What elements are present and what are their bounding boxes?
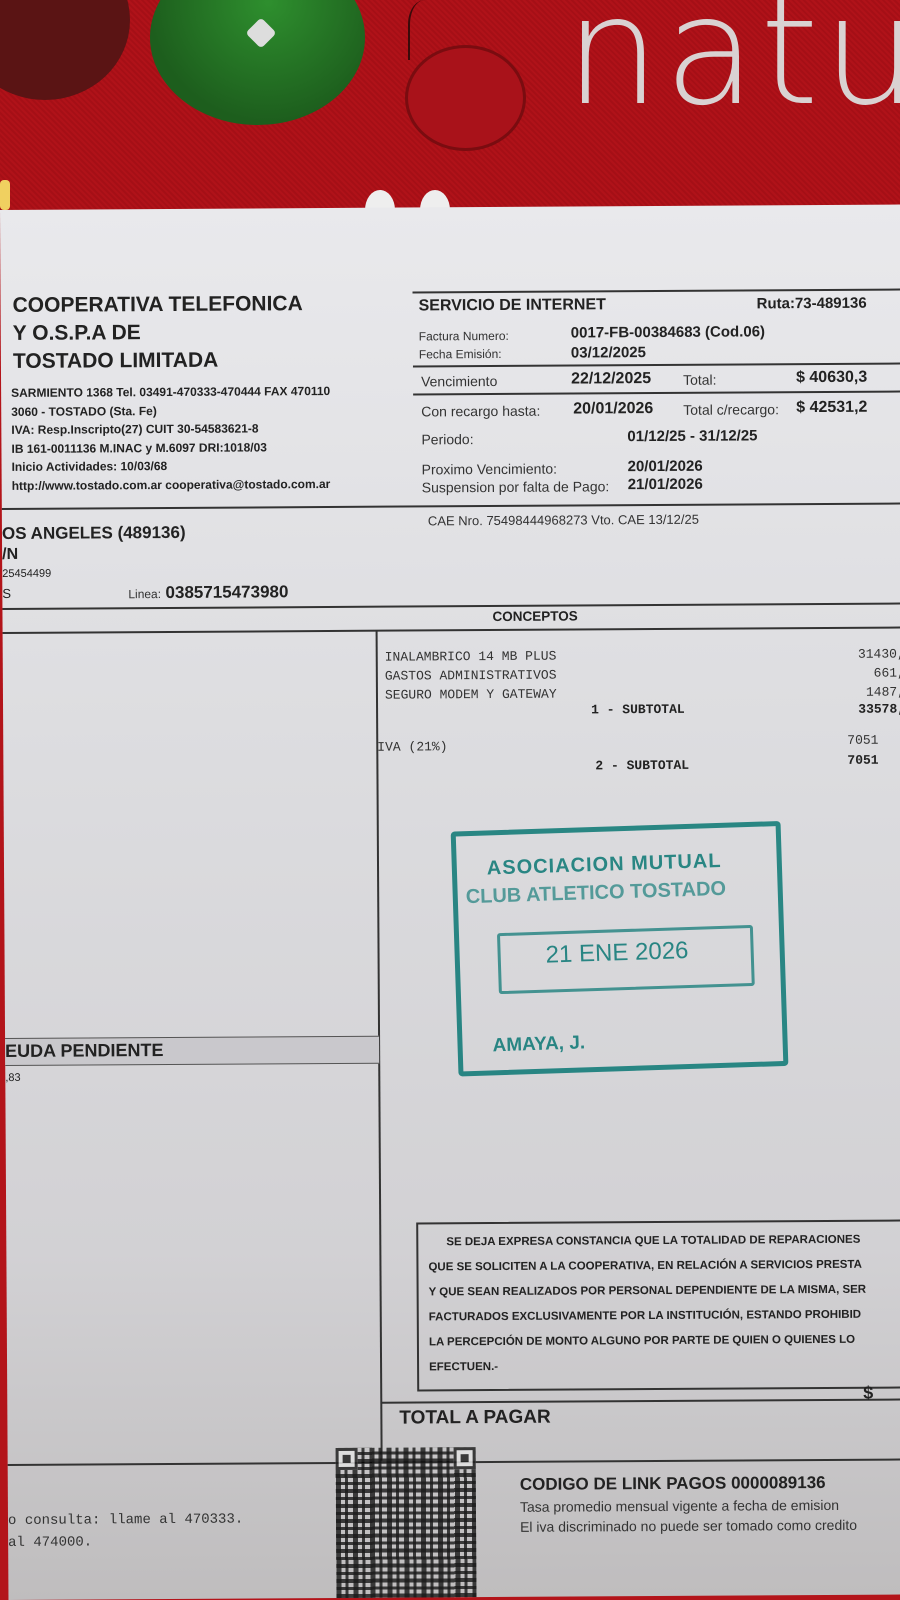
concepts-list: INALAMBRICO 14 MB PLUS GASTOS ADMINISTRA… xyxy=(385,647,557,705)
next-due-label: Proximo Vencimiento: xyxy=(422,461,558,478)
divider xyxy=(2,602,900,610)
suspension-date: 21/01/2026 xyxy=(628,476,703,493)
invoice-number: 0017-FB-00384683 (Cod.06) xyxy=(571,323,765,341)
subtotal1-label: 1 - SUBTOTAL xyxy=(591,702,685,718)
next-due-date: 20/01/2026 xyxy=(628,458,703,475)
invoice-number-label: Factura Numero: xyxy=(419,329,509,344)
phone-label: Linea: xyxy=(128,587,161,601)
due-date-label: Vencimiento xyxy=(421,373,497,389)
debt-header: EUDA PENDIENTE xyxy=(5,1040,163,1062)
concepts-header: CONCEPTOS xyxy=(492,608,577,624)
qr-finder xyxy=(336,1448,358,1470)
repairs-notice: SE DEJA EXPRESA CONSTANCIA QUE LA TOTALI… xyxy=(416,1219,900,1391)
subtotal2-label: 2 - SUBTOTAL xyxy=(595,758,689,774)
notice-line: LA PERCEPCIÓN DE MONTO ALGUNO POR PARTE … xyxy=(419,1327,900,1355)
phone-number: 0385715473980 xyxy=(165,582,288,602)
due-date: 22/12/2025 xyxy=(571,370,651,388)
divider xyxy=(381,1398,900,1403)
company-start-date: Inicio Actividades: 10/03/68 xyxy=(12,456,331,476)
company-name-line: COOPERATIVA TELEFONICA xyxy=(13,290,303,320)
subtotal2-amount: 7051 xyxy=(847,753,878,768)
notice-line: SE DEJA EXPRESA CONSTANCIA QUE LA TOTALI… xyxy=(418,1221,900,1255)
company-name: COOPERATIVA TELEFONICA Y O.S.P.A DE TOST… xyxy=(13,290,304,376)
customer-phone: Linea: 0385715473980 xyxy=(128,582,288,603)
rate-note: Tasa promedio mensual vigente a fecha de… xyxy=(520,1497,839,1515)
concept-amount: 1487, xyxy=(833,682,900,701)
concept-amount: 661, xyxy=(833,663,900,682)
total-surcharge-label: Total c/recargo: xyxy=(683,401,779,418)
service-title: SERVICIO DE INTERNET xyxy=(419,296,606,315)
concept-item: INALAMBRICO 14 MB PLUS xyxy=(385,647,557,667)
total-amount: $ 40630,3 xyxy=(796,369,867,387)
company-city: 3060 - TOSTADO (Sta. Fe) xyxy=(11,400,330,420)
stamp-line1: ASOCIACION MUTUAL xyxy=(487,850,722,881)
customer-field: S xyxy=(2,586,11,601)
subtotal1-amount: 33578, xyxy=(833,701,900,717)
route-number: Ruta:73-489136 xyxy=(757,295,867,313)
issue-date-label: Fecha Emisión: xyxy=(419,347,502,362)
fruit-print xyxy=(0,0,130,100)
total-label: Total: xyxy=(683,372,717,388)
tablecloth-word: natu xyxy=(565,0,900,139)
company-name-line: Y O.S.P.A DE xyxy=(13,318,303,348)
customer-name: OS ANGELES (489136) xyxy=(2,523,186,544)
cherry-print xyxy=(405,45,526,151)
total-surcharge-amount: $ 42531,2 xyxy=(796,399,867,417)
customer-address: /N xyxy=(2,546,18,564)
divider xyxy=(413,390,900,395)
kiwi-print xyxy=(150,0,365,125)
company-address: SARMIENTO 1368 Tel. 03491-470333-470444 … xyxy=(11,382,330,402)
concept-item: SEGURO MODEM Y GATEWAY xyxy=(385,685,557,705)
total-to-pay-currency: $ xyxy=(863,1383,873,1404)
iva-note: El iva discriminado no puede ser tomado … xyxy=(520,1517,857,1535)
billing-period: 01/12/25 - 31/12/25 xyxy=(627,427,757,445)
concept-item: GASTOS ADMINISTRATIVOS xyxy=(385,666,557,686)
divider xyxy=(413,288,900,293)
cae-number: CAE Nro. 75498444968273 Vto. CAE 13/12/2… xyxy=(428,512,699,529)
tablecloth-background: natu xyxy=(0,0,900,230)
invoice-paper: COOPERATIVA TELEFONICA Y O.S.P.A DE TOST… xyxy=(0,205,900,1600)
customer-document: 25454499 xyxy=(2,568,51,580)
iva-label: IVA (21%) xyxy=(377,739,447,754)
company-tax-id: IVA: Resp.Inscripto(27) CUIT 30-54583621… xyxy=(11,419,330,439)
period-label: Periodo: xyxy=(421,431,473,447)
payment-stamp: ASOCIACION MUTUAL CLUB ATLETICO TOSTADO … xyxy=(451,821,789,1077)
concept-amounts: 31430, 661, 1487, 33578, xyxy=(833,644,900,717)
company-name-line: TOSTADO LIMITADA xyxy=(13,346,303,376)
divider xyxy=(2,502,900,510)
divider xyxy=(3,626,900,634)
total-to-pay-label: TOTAL A PAGAR xyxy=(399,1407,550,1430)
divider xyxy=(413,362,900,367)
concept-amount: 31430, xyxy=(833,644,900,663)
notice-line: FACTURADOS EXCLUSIVAMENTE POR LA INSTITU… xyxy=(419,1302,900,1330)
debt-value: ,83 xyxy=(5,1072,20,1084)
notice-line: EFECTUEN.- xyxy=(419,1352,900,1380)
contact-line: o consulta: llame al 470333. xyxy=(8,1509,243,1532)
notice-line: Y QUE SEAN REALIZADOS POR PERSONAL DEPEN… xyxy=(419,1277,900,1305)
contact-line: al 474000. xyxy=(8,1531,243,1554)
suspension-label: Suspension por falta de Pago: xyxy=(422,478,610,495)
notice-line: QUE SE SOLICITEN A LA COOPERATIVA, EN RE… xyxy=(418,1252,900,1280)
qr-finder xyxy=(454,1447,476,1469)
iva-amount: 7051 xyxy=(847,733,878,748)
company-ib: IB 161-0011136 M.INAC y M.6097 DRI:1018/… xyxy=(11,437,330,457)
issue-date: 03/12/2025 xyxy=(571,344,646,361)
payment-qr-code[interactable] xyxy=(336,1447,477,1598)
surcharge-date-label: Con recargo hasta: xyxy=(421,403,540,420)
contact-info: o consulta: llame al 470333. al 474000. xyxy=(8,1509,244,1554)
company-web-email[interactable]: http://www.tostado.com.ar cooperativa@to… xyxy=(12,474,331,494)
stamp-date: 21 ENE 2026 xyxy=(545,937,689,970)
company-details: SARMIENTO 1368 Tel. 03491-470333-470444 … xyxy=(11,382,331,495)
surcharge-date: 20/01/2026 xyxy=(573,400,653,418)
link-pagos-code: CODIGO DE LINK PAGOS 0000089136 xyxy=(520,1473,826,1495)
print-shape xyxy=(0,180,10,210)
stamp-signature: AMAYA, J. xyxy=(492,1032,585,1057)
stamp-line2: CLUB ATLETICO TOSTADO xyxy=(465,878,726,909)
